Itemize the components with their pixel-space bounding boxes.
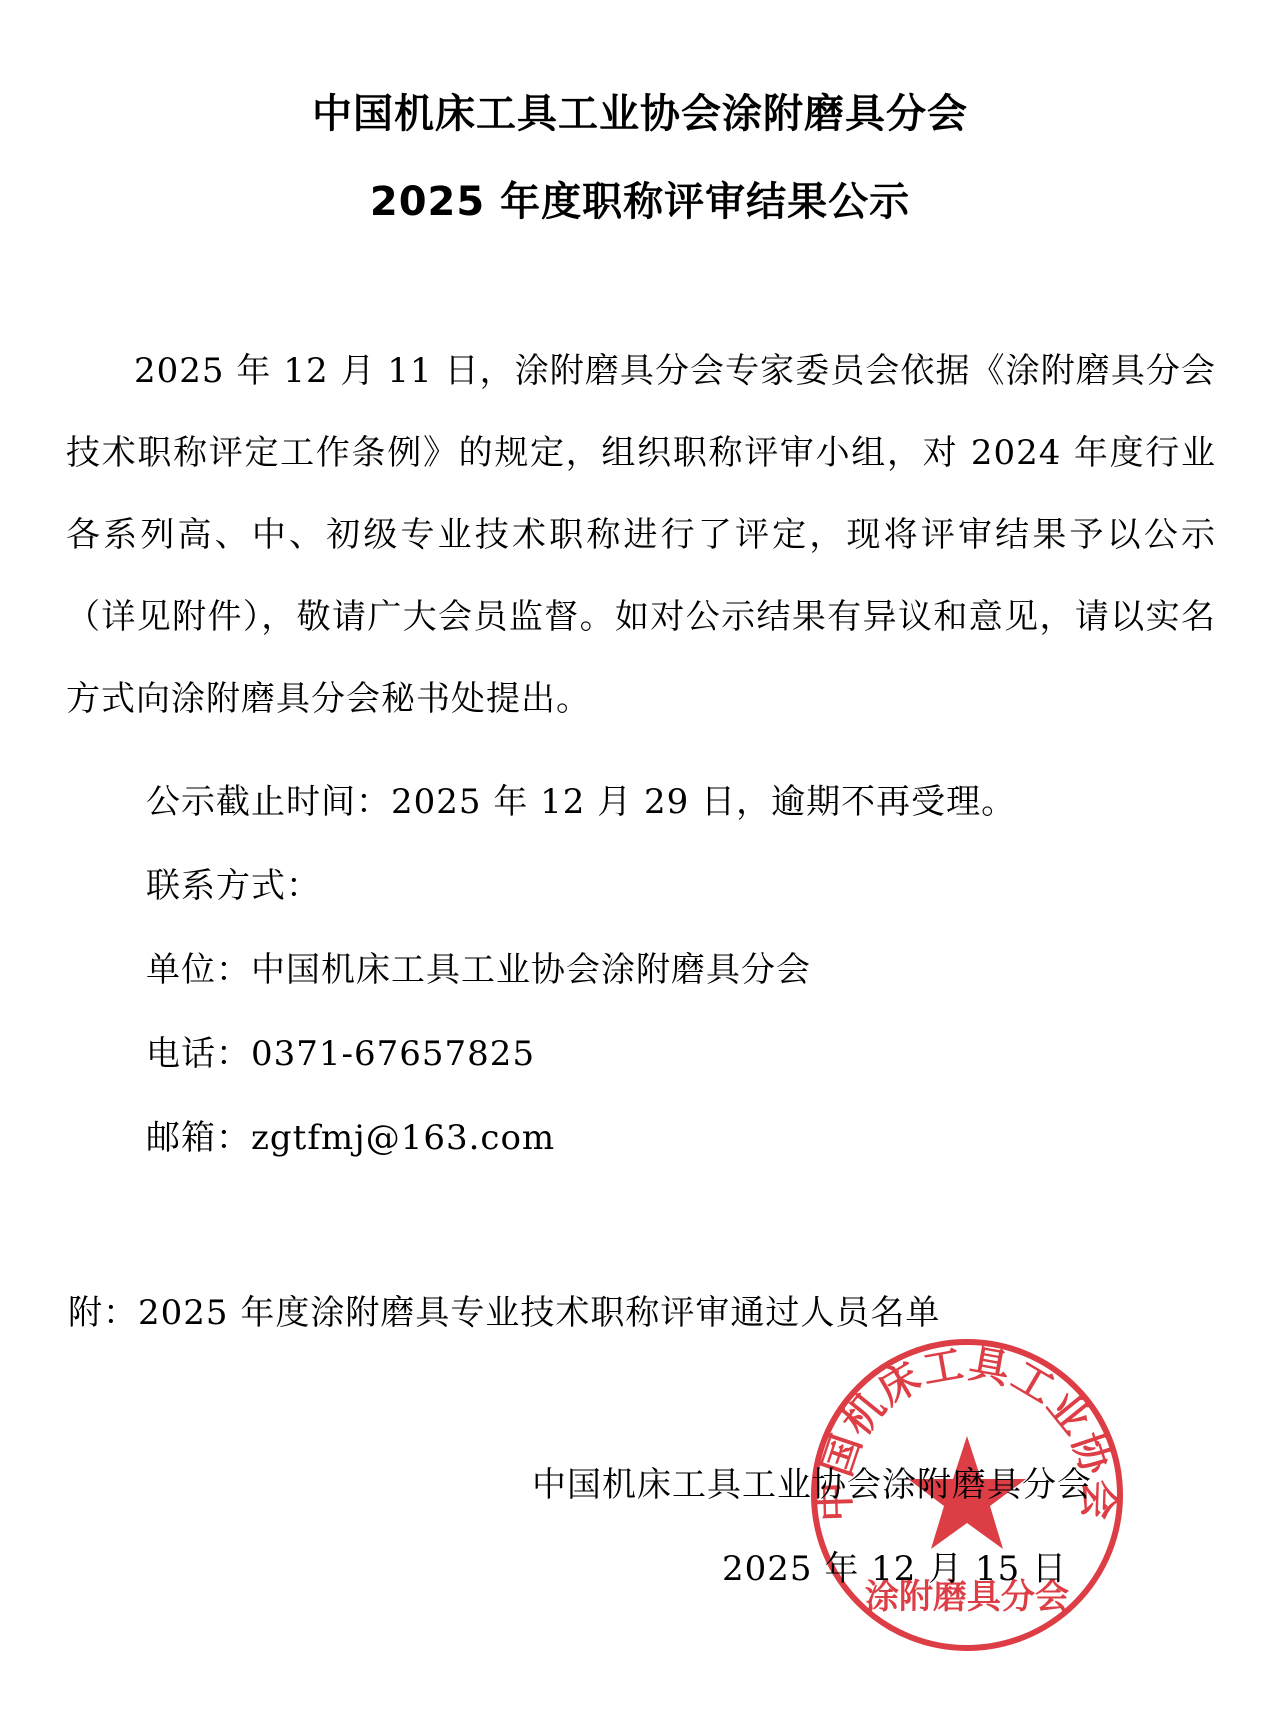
contact-phone: 电话：0371-67657825 bbox=[146, 1037, 535, 1071]
contact-unit: 单位：中国机床工具工业协会涂附磨具分会 bbox=[146, 953, 811, 987]
official-seal-icon: 中国机床工具工业协会 涂附磨具分会 bbox=[808, 1336, 1126, 1654]
deadline-text: 公示截止时间：2025 年 12 月 29 日，逾期不再受理。 bbox=[146, 785, 1016, 819]
contact-email: 邮箱：zgtfmj@163.com bbox=[146, 1121, 555, 1155]
body-paragraph: 2025 年 12 月 11 日，涂附磨具分会专家委员会依据《涂附磨具分会技术职… bbox=[66, 330, 1216, 740]
attachment-note: 附：2025 年度涂附磨具专业技术职称评审通过人员名单 bbox=[68, 1296, 940, 1330]
seal-bottom-text: 涂附磨具分会 bbox=[865, 1577, 1069, 1617]
star-icon bbox=[908, 1436, 1026, 1549]
document-title-org: 中国机床工具工业协会涂附磨具分会 bbox=[0, 94, 1280, 134]
document-title-subject: 2025 年度职称评审结果公示 bbox=[0, 182, 1280, 222]
contact-heading: 联系方式： bbox=[146, 869, 321, 903]
